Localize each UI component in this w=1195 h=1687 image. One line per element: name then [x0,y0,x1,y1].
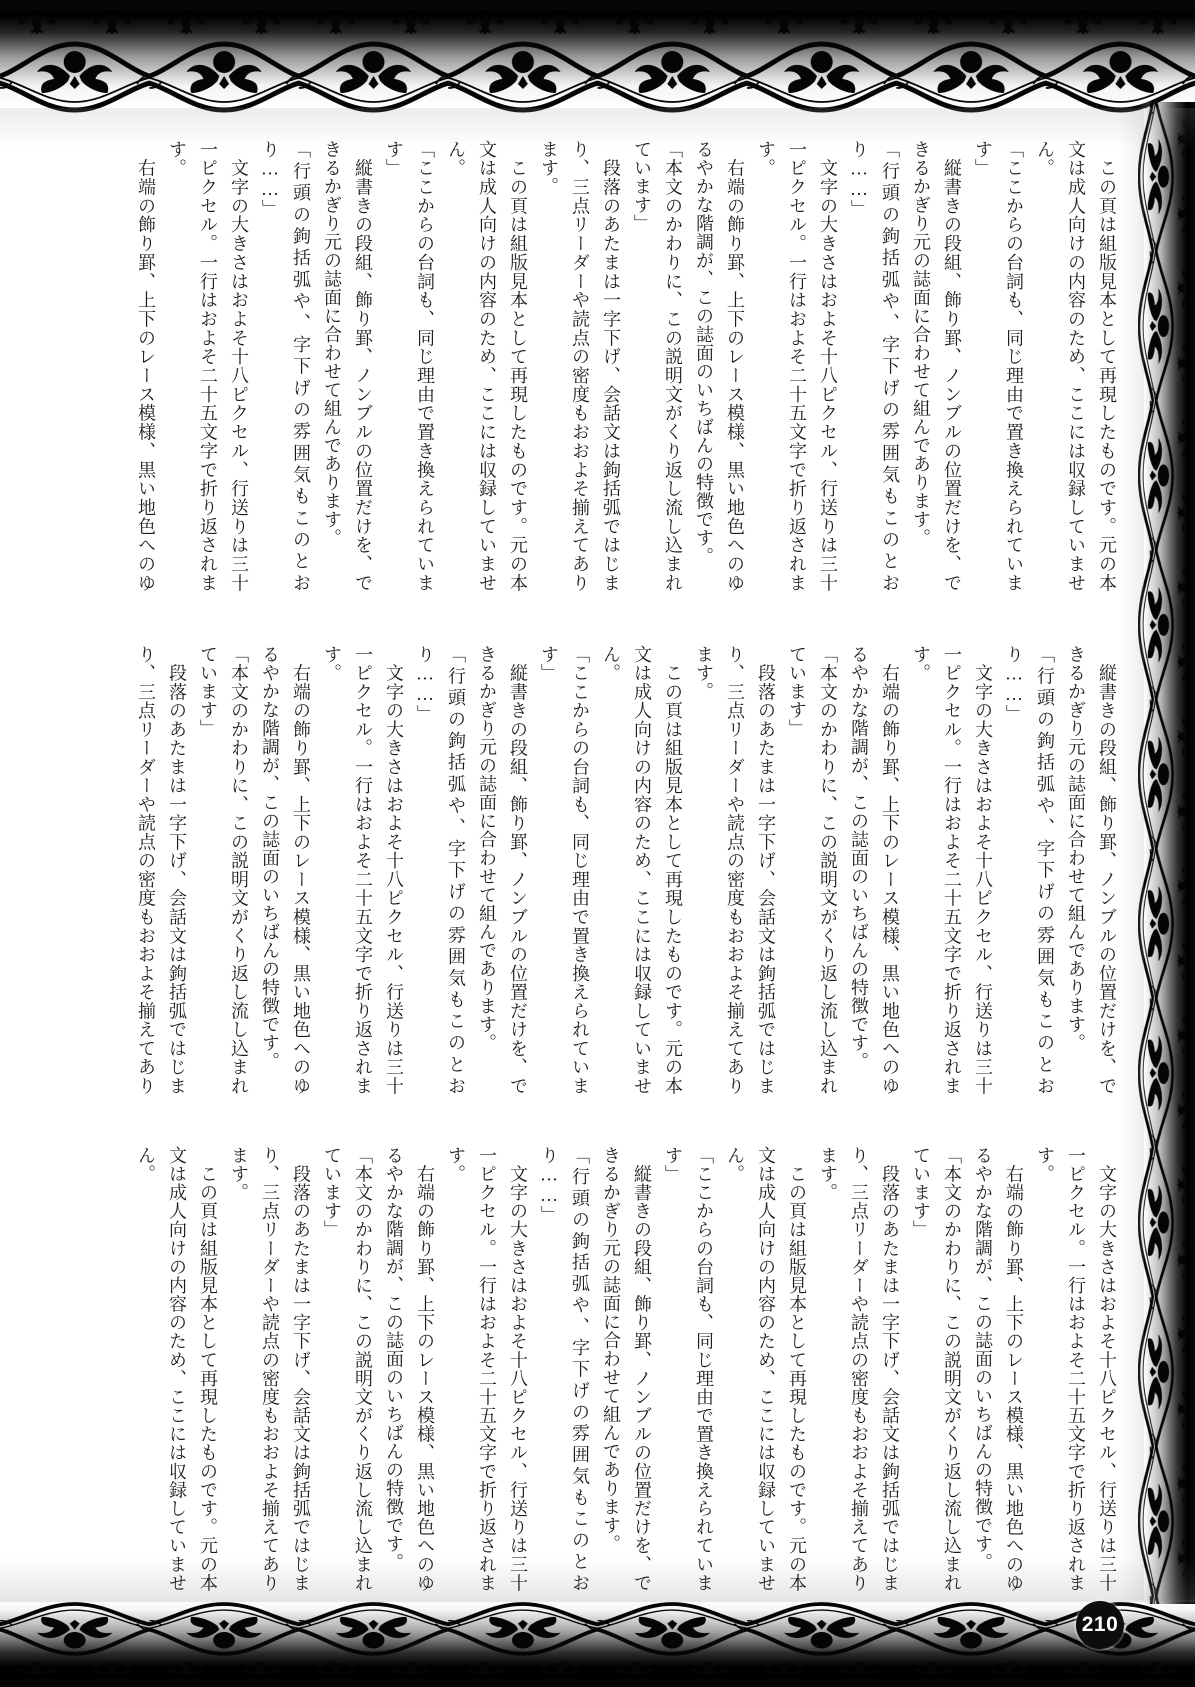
text-band-1: この頁は組版見本として再現したものです。元の本文は成人向けの内容のため、ここには… [127,140,1122,592]
text-band-3: 文字の大きさはおよそ十八ピクセル、行送りは三十一ピクセル。一行はおよそ二十五文字… [127,1146,1122,1592]
page-number-badge: 210 [1076,1601,1124,1649]
page-number: 210 [1082,1613,1119,1637]
top-border-ornament [0,0,1195,118]
scanned-page: この頁は組版見本として再現したものです。元の本文は成人向けの内容のため、ここには… [0,0,1195,1687]
bottom-border-ornament [0,1598,1195,1687]
text-band-2: 縦書きの段組、飾り罫、ノンブルの位置だけを、できるかぎり元の誌面に合わせて組んで… [127,645,1122,1095]
right-border-ornament [1138,102,1195,1604]
